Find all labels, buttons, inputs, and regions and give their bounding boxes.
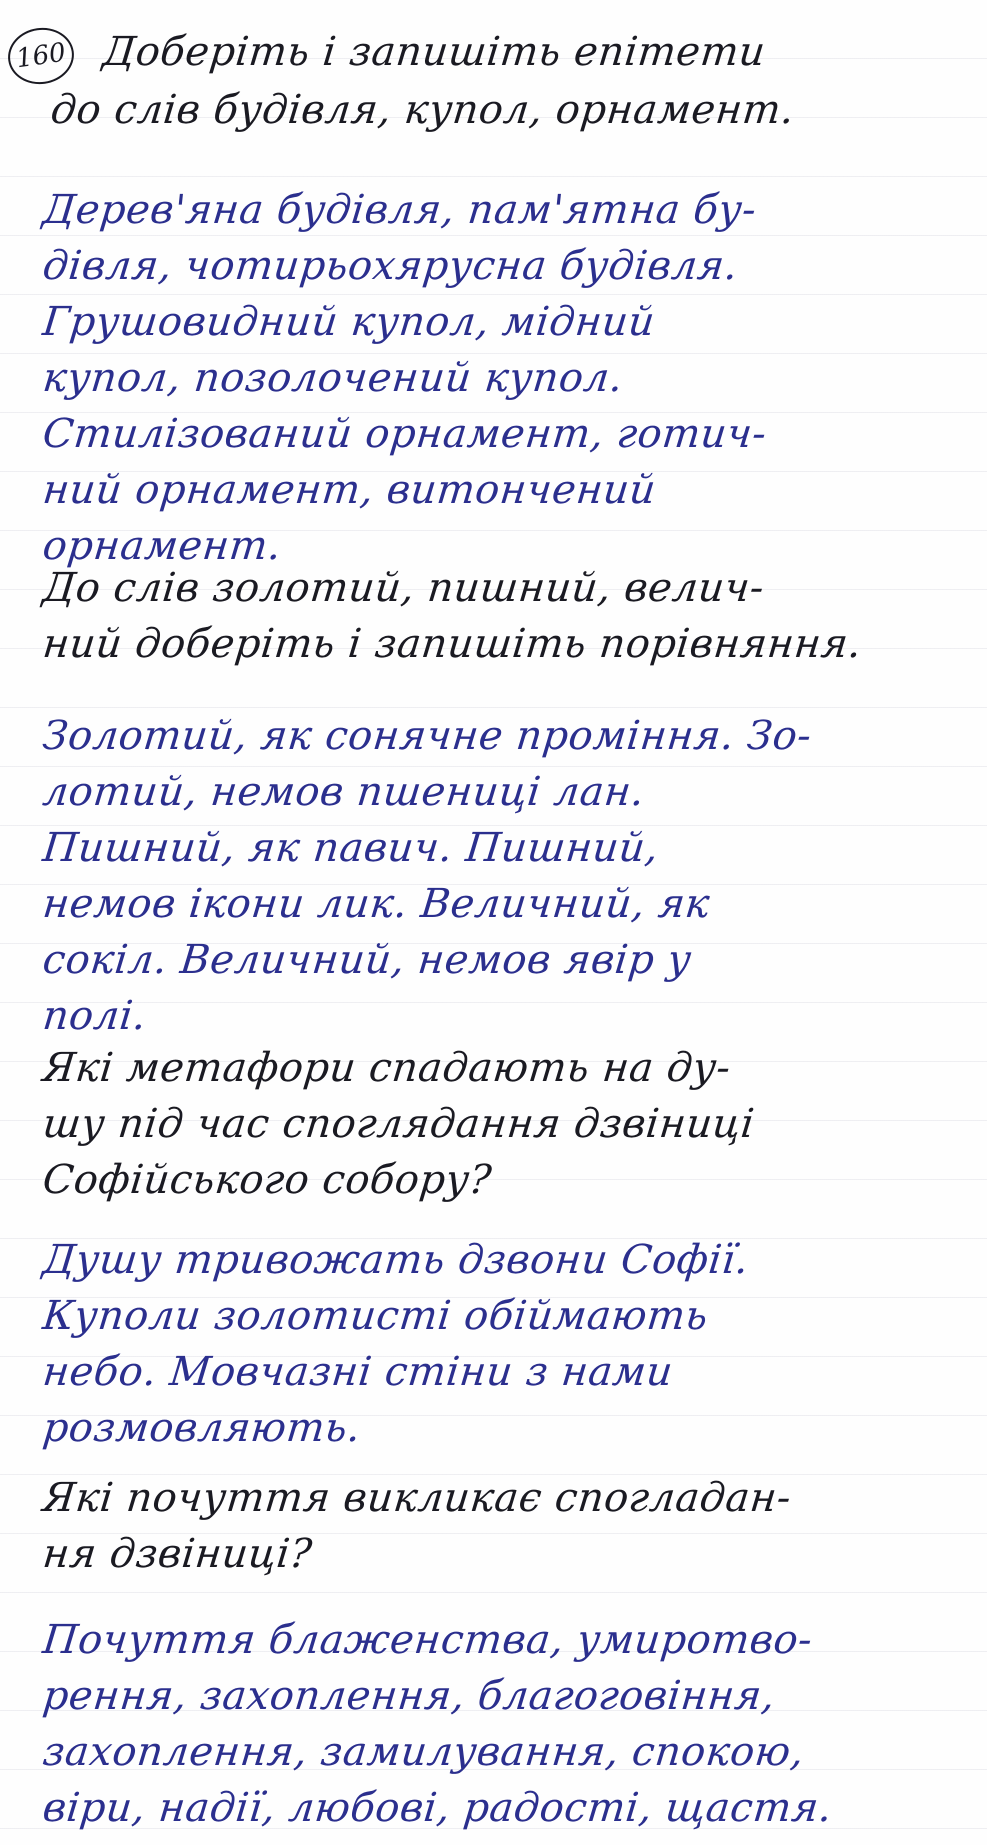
text-line: Дерев'яна будівля, пам'ятна бу- <box>40 182 946 238</box>
text-line: ня дзвіниці? <box>40 1526 946 1582</box>
text-line: купол, позолочений купол. <box>40 350 946 406</box>
text-line: захоплення, замилування, спокою, <box>40 1724 946 1780</box>
task-prompt-2: До слів золотий, пишний, велич- ний добе… <box>40 560 940 672</box>
notebook-page: 160 Доберіть і запишіть епітети до слів … <box>0 0 987 1845</box>
text-line: лотий, немов пшениці лан. <box>40 764 946 820</box>
text-line: рення, захоплення, благоговіння, <box>40 1668 946 1724</box>
text-line: До слів золотий, пишний, велич- <box>40 560 946 616</box>
text-line: до слів будівля, купол, орнамент. <box>48 82 954 138</box>
task-prompt-1: Доберіть і запишіть епітети <box>100 24 987 80</box>
text-line: ний орнамент, витончений <box>40 462 946 518</box>
task-prompt-1-cont: до слів будівля, купол, орнамент. <box>48 82 948 138</box>
text-line: Куполи золотисті обіймають <box>40 1288 946 1344</box>
text-line: Грушовидний купол, мідний <box>40 294 946 350</box>
exercise-number-badge: 160 <box>4 24 77 89</box>
text-line: дівля, чотирьохярусна будівля. <box>40 238 946 294</box>
text-line: Стилізований орнамент, готич- <box>40 406 946 462</box>
answer-4: Почуття блаженства, умиротво- рення, зах… <box>40 1612 940 1836</box>
answer-3: Душу тривожать дзвони Софії. Куполи золо… <box>40 1232 940 1456</box>
text-line: розмовляють. <box>40 1400 946 1456</box>
text-line: Софійського собору? <box>40 1152 946 1208</box>
text-line: Золотий, як сонячне проміння. Зо- <box>40 708 946 764</box>
text-line: Душу тривожать дзвони Софії. <box>40 1232 946 1288</box>
text-line: Почуття блаженства, умиротво- <box>40 1612 946 1668</box>
text-line: ний доберіть і запишіть порівняння. <box>40 616 946 672</box>
task-prompt-4: Які почуття викликає спогладан- ня дзвін… <box>40 1470 940 1582</box>
text-line: полі. <box>40 988 946 1044</box>
text-line: віри, надії, любові, радості, щастя. <box>40 1780 946 1836</box>
answer-2: Золотий, як сонячне проміння. Зо- лотий,… <box>40 708 940 1044</box>
task-prompt-3: Які метафори спадають на ду- шу під час … <box>40 1040 940 1208</box>
text-line: Які почуття викликає спогладан- <box>40 1470 946 1526</box>
text-line: сокіл. Величний, немов явір у <box>40 932 946 988</box>
text-line: Які метафори спадають на ду- <box>40 1040 946 1096</box>
text-line: небо. Мовчазні стіни з нами <box>40 1344 946 1400</box>
text-line: шу під час споглядання дзвіниці <box>40 1096 946 1152</box>
text-line: Пишний, як павич. Пишний, <box>40 820 946 876</box>
answer-1: Дерев'яна будівля, пам'ятна бу- дівля, ч… <box>40 182 940 574</box>
text-line: Доберіть і запишіть епітети <box>100 24 987 80</box>
text-line: немов ікони лик. Величний, як <box>40 876 946 932</box>
